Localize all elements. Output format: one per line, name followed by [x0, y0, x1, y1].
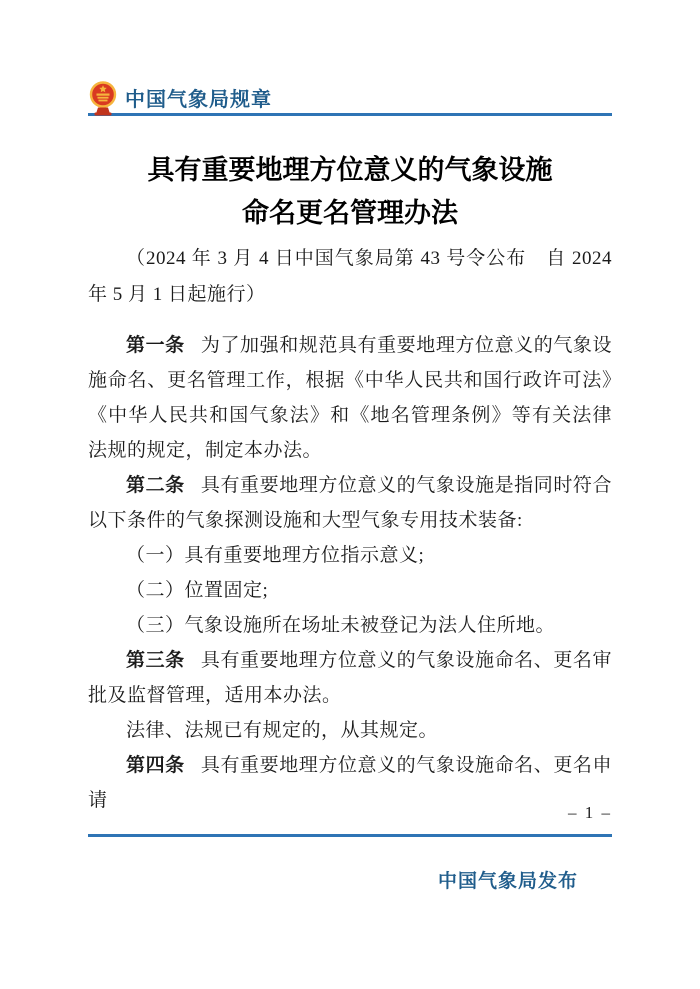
article-2-item-3: （三）气象设施所在场址未被登记为法人住所地。 — [88, 608, 612, 643]
article-4-label: 第四条 — [126, 755, 185, 776]
document-title: 具有重要地理方位意义的气象设施 命名更名管理办法 — [88, 149, 612, 235]
masthead: 中国气象局规章 — [88, 80, 612, 114]
article-2-item-2: （二）位置固定; — [88, 573, 612, 608]
article-2-item-2-text: （二）位置固定; — [126, 580, 268, 601]
masthead-title: 中国气象局规章 — [125, 83, 272, 112]
article-2-item-3-text: （三）气象设施所在场址未被登记为法人住所地。 — [126, 615, 555, 636]
article-1: 第一条为了加强和规范具有重要地理方位意义的气象设施命名、更名管理工作，根据《中华… — [88, 328, 612, 468]
footer-rule — [88, 834, 612, 837]
publisher-line: 中国气象局发布 — [438, 866, 578, 893]
article-2-label: 第二条 — [126, 475, 185, 496]
document-body: 第一条为了加强和规范具有重要地理方位意义的气象设施命名、更名管理工作，根据《中华… — [88, 328, 612, 818]
document-title-line1: 具有重要地理方位意义的气象设施 — [88, 149, 612, 192]
article-3-paragraph-2-text: 法律、法规已有规定的，从其规定。 — [126, 720, 438, 741]
article-3-label: 第三条 — [126, 650, 185, 671]
article-3-paragraph-2: 法律、法规已有规定的，从其规定。 — [88, 713, 612, 748]
promulgation-dateline: （2024 年 3 月 4 日中国气象局第 43 号令公布 自 2024 年 5… — [88, 241, 612, 313]
article-3: 第三条具有重要地理方位意义的气象设施命名、更名审批及监督管理，适用本办法。 — [88, 643, 612, 713]
document-title-line2: 命名更名管理办法 — [88, 192, 612, 235]
article-1-label: 第一条 — [126, 335, 185, 356]
article-4: 第四条具有重要地理方位意义的气象设施命名、更名申请 — [88, 748, 612, 818]
article-2: 第二条具有重要地理方位意义的气象设施是指同时符合以下条件的气象探测设施和大型气象… — [88, 468, 612, 538]
document-page: 中国气象局规章 具有重要地理方位意义的气象设施 命名更名管理办法 （2024 年… — [0, 0, 700, 989]
header-rule — [88, 113, 612, 116]
china-national-emblem-icon — [88, 80, 118, 117]
article-2-item-1: （一）具有重要地理方位指示意义; — [88, 538, 612, 573]
page-number: – 1 – — [568, 803, 612, 823]
article-2-item-1-text: （一）具有重要地理方位指示意义; — [126, 545, 424, 566]
